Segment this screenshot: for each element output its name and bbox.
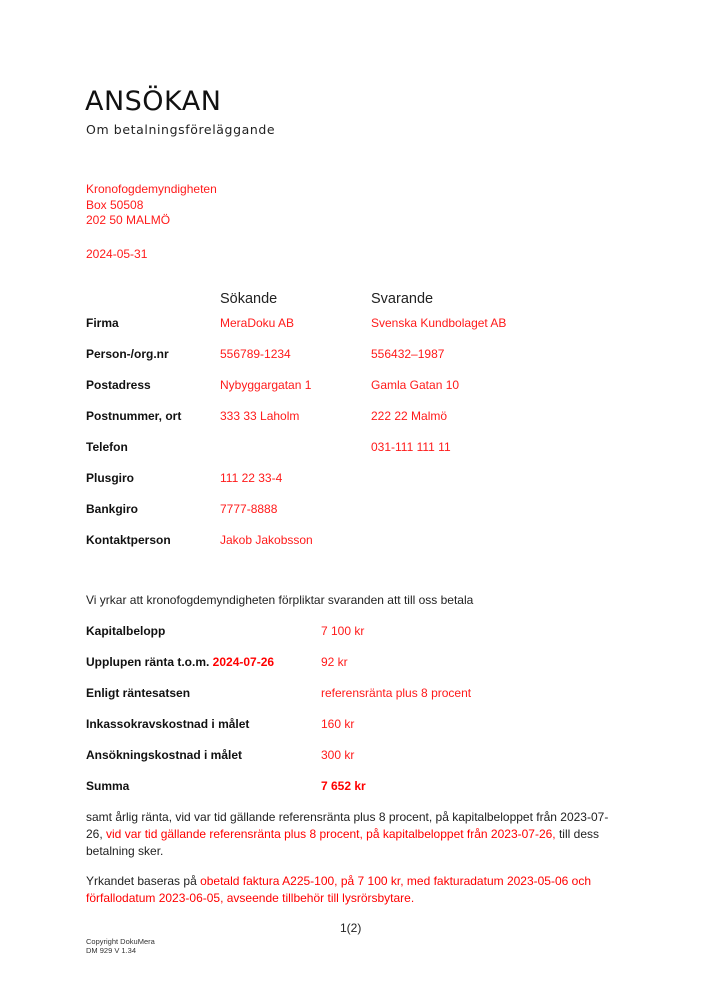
party-row: FirmaMeraDoku ABSvenska Kundbolaget AB [86,316,646,332]
footer: Copyright DokuMera DM 929 V 1.34 [86,937,155,955]
claim-total-value: 7 652 kr [321,779,366,793]
claim-value: 7 100 kr [321,624,364,638]
party-row-label: Postadress [86,378,151,392]
claim-value: 92 kr [321,655,348,669]
applicant-value: Nybyggargatan 1 [220,378,311,392]
interest-highlight: vid var tid gällande referensränta plus … [106,827,556,841]
party-row-label: Plusgiro [86,471,134,485]
respondent-value: Svenska Kundbolaget AB [371,316,506,330]
claim-row: Upplupen ränta t.o.m. 2024-07-2692 kr [86,655,646,671]
claim-intro: Vi yrkar att kronofogdemyndigheten förpl… [86,593,473,607]
column-header-applicant: Sökande [220,291,277,307]
claim-row: Kapitalbelopp7 100 kr [86,624,646,640]
claim-value: referensränta plus 8 procent [321,686,471,700]
interest-paragraph: samt årlig ränta, vid var tid gällande r… [86,809,616,860]
claim-label: Kapitalbelopp [86,624,165,638]
column-header-respondent: Svarande [371,291,433,307]
recipient-name: Kronofogdemyndigheten [86,182,217,198]
party-row-label: Bankgiro [86,502,138,516]
respondent-value: 556432–1987 [371,347,444,361]
claim-label-text: Upplupen ränta t.o.m. [86,655,213,669]
party-row: Bankgiro7777-8888 [86,502,646,518]
applicant-value: 111 22 33-4 [220,471,282,485]
party-row: Person-/org.nr556789-1234556432–1987 [86,347,646,363]
page-title: ANSÖKAN [85,86,221,117]
document-date: 2024-05-31 [86,247,147,263]
recipient-city: 202 50 MALMÖ [86,213,217,229]
copyright-text: Copyright DokuMera [86,937,155,946]
claim-label: Enligt räntesatsen [86,686,190,700]
claim-label-text: Kapitalbelopp [86,624,165,638]
claim-label-text: Inkassokravskostnad i målet [86,717,249,731]
applicant-value: 333 33 Laholm [220,409,299,423]
claim-label: Upplupen ränta t.o.m. 2024-07-26 [86,655,274,669]
respondent-value: Gamla Gatan 10 [371,378,459,392]
claim-row: Summa7 652 kr [86,779,646,795]
claim-value: 160 kr [321,717,354,731]
party-row: Postnummer, ort333 33 Laholm222 22 Malmö [86,409,646,425]
basis-paragraph: Yrkandet baseras på obetald faktura A225… [86,873,616,907]
page-subtitle: Om betalningsföreläggande [86,122,275,137]
claim-label-text: Enligt räntesatsen [86,686,190,700]
page-number: 1(2) [340,921,361,935]
claim-label: Inkassokravskostnad i målet [86,717,249,731]
party-row-label: Firma [86,316,119,330]
party-row: Plusgiro111 22 33-4 [86,471,646,487]
basis-text: Yrkandet baseras på [86,874,200,888]
party-row-label: Person-/org.nr [86,347,169,361]
applicant-value: MeraDoku AB [220,316,294,330]
claim-row: Ansökningskostnad i målet300 kr [86,748,646,764]
respondent-value: 031-111 111 11 [371,440,451,454]
claim-label-text: Summa [86,779,129,793]
applicant-value: 7777-8888 [220,502,277,516]
party-row: Telefon031-111 111 11 [86,440,646,456]
applicant-value: 556789-1234 [220,347,291,361]
version-text: DM 929 V 1.34 [86,946,155,955]
recipient-box: Box 50508 [86,198,217,214]
claim-label-text: Ansökningskostnad i målet [86,748,242,762]
claim-row: Enligt räntesatsenreferensränta plus 8 p… [86,686,646,702]
claim-label-date: 2024-07-26 [213,655,274,669]
party-row-label: Kontaktperson [86,533,171,547]
claim-row: Inkassokravskostnad i målet160 kr [86,717,646,733]
party-row-label: Telefon [86,440,128,454]
party-row: PostadressNybyggargatan 1Gamla Gatan 10 [86,378,646,394]
respondent-value: 222 22 Malmö [371,409,447,423]
party-row: KontaktpersonJakob Jakobsson [86,533,646,549]
applicant-value: Jakob Jakobsson [220,533,313,547]
claim-label: Ansökningskostnad i målet [86,748,242,762]
claim-label: Summa [86,779,129,793]
recipient-address: Kronofogdemyndigheten Box 50508 202 50 M… [86,182,217,229]
party-row-label: Postnummer, ort [86,409,181,423]
claim-value: 300 kr [321,748,354,762]
